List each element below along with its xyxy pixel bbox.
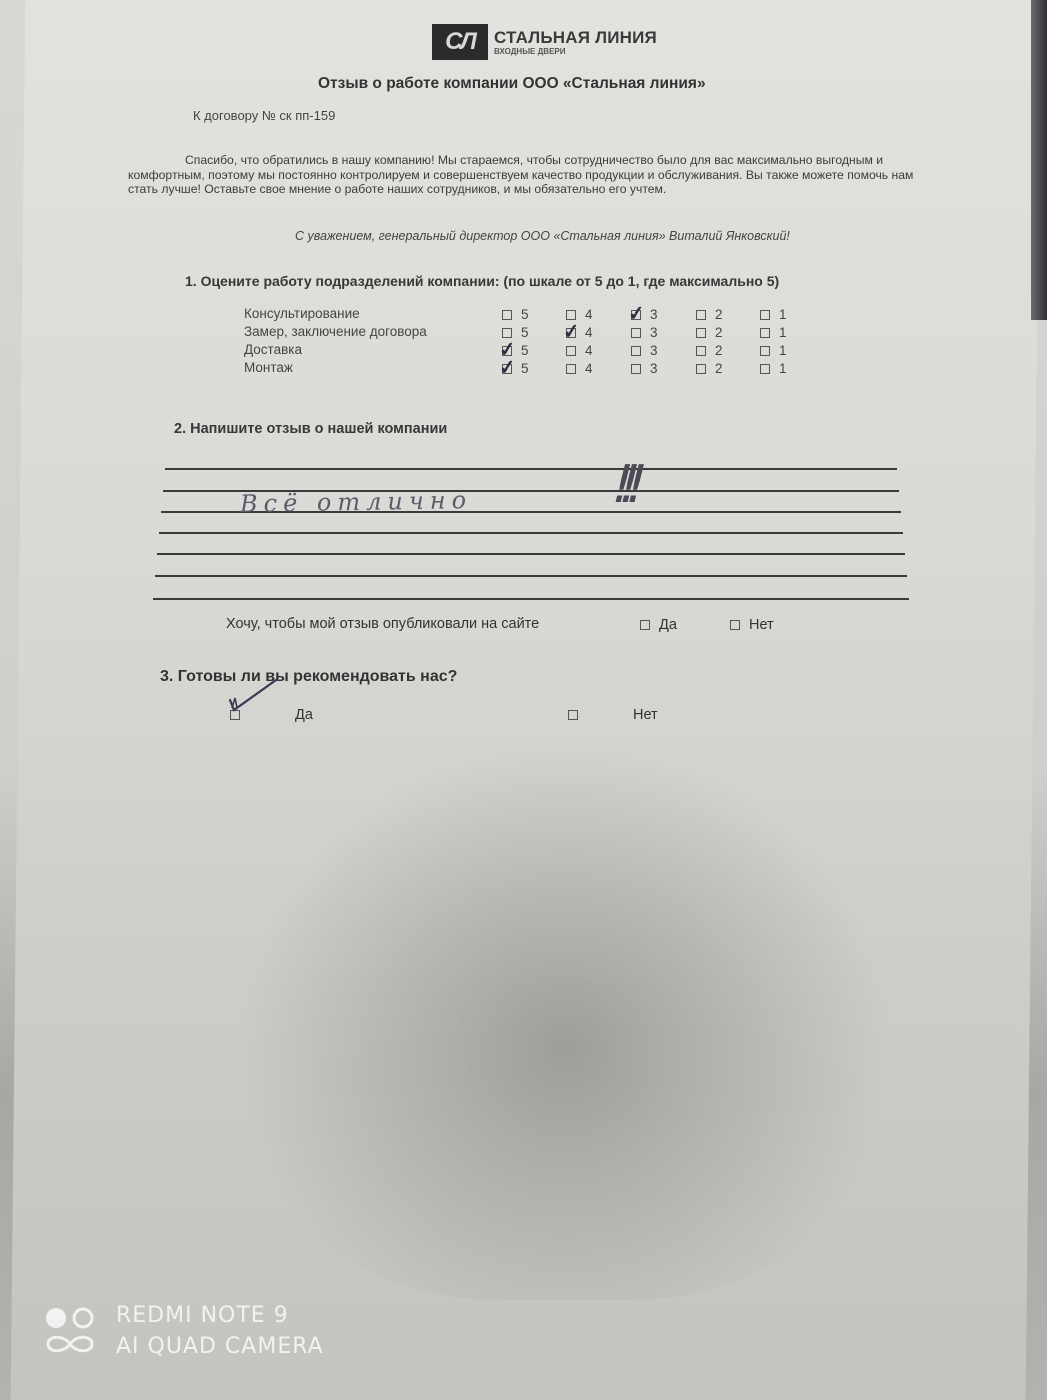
rating-option[interactable]: 3: [631, 307, 658, 322]
answer-line: [153, 598, 909, 600]
rating-checkbox[interactable]: [631, 310, 641, 320]
rating-checkbox[interactable]: [760, 328, 770, 338]
rating-checkbox[interactable]: [566, 364, 576, 374]
rating-option[interactable]: 2: [696, 307, 723, 322]
publish-no-label: Нет: [749, 617, 774, 633]
rating-checkbox[interactable]: [502, 364, 512, 374]
contract-number: К договору № ск пп-159: [193, 108, 335, 123]
rating-checkbox[interactable]: [696, 310, 706, 320]
recommend-yes-checkmark-icon: [226, 676, 282, 716]
intro-text: Спасибо, что обратились в нашу компанию!…: [128, 153, 913, 196]
recommend-no-label: Нет: [633, 707, 658, 723]
question-1-title: 1. Оцените работу подразделений компании…: [185, 273, 779, 289]
rating-option[interactable]: 4: [566, 325, 593, 340]
rating-checkbox[interactable]: [696, 328, 706, 338]
rating-option[interactable]: 1: [760, 343, 787, 358]
rating-checkbox[interactable]: [631, 346, 641, 356]
rating-checkbox[interactable]: [696, 346, 706, 356]
rating-option[interactable]: 1: [760, 361, 787, 376]
rating-value: 2: [715, 325, 723, 340]
logo-name: СТАЛЬНАЯ ЛИНИЯ: [494, 29, 657, 46]
rating-option[interactable]: 5: [502, 307, 529, 322]
rating-value: 2: [715, 361, 723, 376]
rating-row-label: Доставка: [244, 342, 302, 357]
rating-value: 4: [585, 343, 593, 358]
rating-row: Доставка54321: [244, 342, 804, 360]
rating-option[interactable]: 2: [696, 361, 723, 376]
answer-line: [157, 553, 905, 555]
rating-row-label: Консультирование: [244, 306, 360, 321]
rating-option[interactable]: 4: [566, 361, 593, 376]
director-signature: С уважением, генеральный директор ООО «С…: [295, 229, 790, 243]
rating-value: 1: [779, 325, 787, 340]
rating-row-label: Замер, заключение договора: [244, 324, 427, 339]
rating-value: 5: [521, 361, 529, 376]
rating-option[interactable]: 2: [696, 343, 723, 358]
rating-value: 5: [521, 325, 529, 340]
rating-option[interactable]: 3: [631, 325, 658, 340]
recommend-no-checkbox[interactable]: [568, 710, 578, 720]
rating-checkbox[interactable]: [631, 328, 641, 338]
rating-row: Монтаж54321: [244, 360, 804, 378]
answer-line: [155, 575, 907, 577]
rating-value: 1: [779, 343, 787, 358]
rating-option[interactable]: 2: [696, 325, 723, 340]
handwritten-answer: Всё отлично: [240, 486, 473, 518]
watermark-line-1: REDMI NOTE 9: [116, 1300, 324, 1331]
publish-no-option[interactable]: Нет: [730, 617, 774, 633]
logo-mark-icon: СЛ: [432, 24, 488, 60]
rating-value: 4: [585, 307, 593, 322]
rating-value: 5: [521, 343, 529, 358]
publish-no-checkbox[interactable]: [730, 620, 740, 630]
rating-value: 4: [585, 325, 593, 340]
rating-value: 5: [521, 307, 529, 322]
rating-value: 2: [715, 307, 723, 322]
background-edge: [1031, 0, 1047, 320]
rating-checkbox[interactable]: [760, 346, 770, 356]
rating-value: 2: [715, 343, 723, 358]
rating-checkbox[interactable]: [566, 346, 576, 356]
rating-checkbox[interactable]: [696, 364, 706, 374]
question-2-title: 2. Напишите отзыв о нашей компании: [174, 421, 447, 437]
rating-option[interactable]: 1: [760, 325, 787, 340]
rating-value: 1: [779, 361, 787, 376]
rating-value: 4: [585, 361, 593, 376]
rating-option[interactable]: 3: [631, 361, 658, 376]
rating-row: Замер, заключение договора54321: [244, 324, 804, 342]
rating-row-label: Монтаж: [244, 360, 293, 375]
rating-option[interactable]: 4: [566, 343, 593, 358]
camera-brand-icon: [44, 1305, 96, 1357]
publish-yes-label: Да: [659, 617, 677, 633]
recommend-yes-label: Да: [295, 707, 313, 723]
publish-yes-option[interactable]: Да: [640, 617, 677, 633]
rating-row: Консультирование54321: [244, 306, 804, 324]
rating-checkbox[interactable]: [502, 310, 512, 320]
rating-value: 1: [779, 307, 787, 322]
form-title: Отзыв о работе компании ООО «Стальная ли…: [318, 75, 706, 93]
rating-value: 3: [650, 361, 658, 376]
rating-option[interactable]: 1: [760, 307, 787, 322]
camera-watermark: REDMI NOTE 9 AI QUAD CAMERA: [44, 1300, 324, 1362]
rating-value: 3: [650, 343, 658, 358]
rating-value: 3: [650, 325, 658, 340]
rating-option[interactable]: 3: [631, 343, 658, 358]
rating-option[interactable]: 5: [502, 361, 529, 376]
publish-yes-checkbox[interactable]: [640, 620, 650, 630]
intro-paragraph: Спасибо, что обратились в нашу компанию!…: [128, 153, 928, 197]
rating-value: 3: [650, 307, 658, 322]
rating-checkbox[interactable]: [566, 328, 576, 338]
answer-line: [159, 532, 903, 534]
rating-checkbox[interactable]: [760, 364, 770, 374]
publish-consent-label: Хочу, чтобы мой отзыв опубликовали на са…: [226, 616, 539, 632]
watermark-line-2: AI QUAD CAMERA: [116, 1331, 324, 1362]
phone-shadow: [235, 740, 895, 1300]
rating-checkbox[interactable]: [631, 364, 641, 374]
company-logo: СЛ СТАЛЬНАЯ ЛИНИЯ ВХОДНЫЕ ДВЕРИ: [432, 24, 657, 60]
answer-line: [165, 468, 897, 470]
question-3-title: 3. Готовы ли вы рекомендовать нас?: [160, 668, 457, 686]
logo-subtitle: ВХОДНЫЕ ДВЕРИ: [494, 48, 657, 56]
rating-checkbox[interactable]: [760, 310, 770, 320]
